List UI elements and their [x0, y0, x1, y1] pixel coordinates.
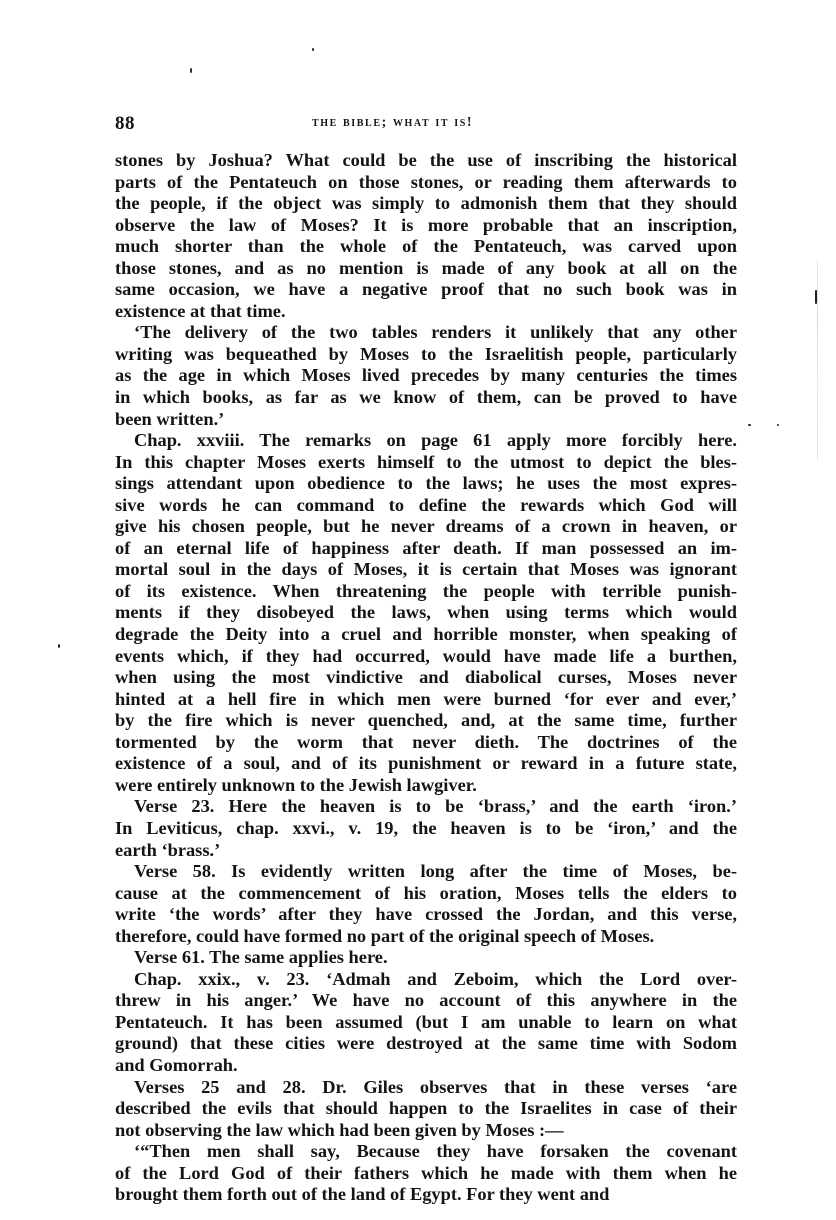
text-line: give his chosen people, but he never dre…	[115, 516, 737, 538]
text-line: when using the most vindictive and diabo…	[115, 667, 737, 689]
text-line: hinted at a hell fire in which men were …	[115, 689, 737, 711]
text-line: were entirely unknown to the Jewish lawg…	[115, 775, 737, 797]
text-line: existence of a soul, and of its punishme…	[115, 753, 737, 775]
text-line: In this chapter Moses exerts himself to …	[115, 452, 737, 474]
text-line: cause at the commencement of his oration…	[115, 883, 737, 905]
running-head: 88 THE BIBLE; WHAT IT IS!	[115, 113, 737, 137]
text-line: observe the law of Moses? It is more pro…	[115, 215, 737, 237]
scan-speck	[190, 68, 192, 73]
text-line: writing was bequeathed by Moses to the I…	[115, 344, 737, 366]
text-line: tormented by the worm that never dieth. …	[115, 732, 737, 754]
text-line: therefore, could have formed no part of …	[115, 926, 737, 948]
text-line: threw in his anger.’ We have no account …	[115, 990, 737, 1012]
text-line: mortal soul in the days of Moses, it is …	[115, 559, 737, 581]
text-line: of the Lord God of their fathers which h…	[115, 1163, 737, 1185]
paragraph: Verses 25 and 28. Dr. Giles observes tha…	[115, 1077, 737, 1142]
text-line: the people, if the object was simply to …	[115, 193, 737, 215]
text-line: Pentateuch. It has been assumed (but I a…	[115, 1012, 737, 1034]
text-line: been written.’	[115, 409, 737, 431]
paragraph: Verse 61. The same applies here.	[115, 947, 737, 969]
paragraph: Chap. xxviii. The remarks on page 61 app…	[115, 430, 737, 796]
paragraph: Verse 58. Is evidently written long afte…	[115, 861, 737, 947]
paragraph: ‘The delivery of the two tables renders …	[115, 322, 737, 430]
text-line: stones by Joshua? What could be the use …	[115, 150, 737, 172]
text-line: ground) that these cities were destroyed…	[115, 1033, 737, 1055]
running-title: THE BIBLE; WHAT IT IS!	[312, 115, 473, 131]
text-line: Verse 61. The same applies here.	[115, 947, 737, 969]
paragraph: stones by Joshua? What could be the use …	[115, 150, 737, 322]
text-line: much shorter than the whole of the Penta…	[115, 236, 737, 258]
text-line: same occasion, we have a negative proof …	[115, 279, 737, 301]
text-line: brought them forth out of the land of Eg…	[115, 1184, 737, 1206]
text-line: of an eternal life of happiness after de…	[115, 538, 737, 560]
text-line: those stones, and as no mention is made …	[115, 258, 737, 280]
text-line: as the age in which Moses lived precedes…	[115, 365, 737, 387]
scan-speck	[748, 424, 751, 426]
text-line: events which, if they had occurred, woul…	[115, 646, 737, 668]
text-line: Verse 58. Is evidently written long afte…	[115, 861, 737, 883]
text-line: described the evils that should happen t…	[115, 1098, 737, 1120]
text-line: of its existence. When threatening the p…	[115, 581, 737, 603]
scan-speck	[312, 48, 314, 51]
text-line: ‘The delivery of the two tables renders …	[115, 322, 737, 344]
text-line: in which books, as far as we know of the…	[115, 387, 737, 409]
body-text: stones by Joshua? What could be the use …	[115, 150, 737, 1206]
text-line: earth ‘brass.’	[115, 840, 737, 862]
text-line: ‘“Then men shall say, Because they have …	[115, 1141, 737, 1163]
text-line: parts of the Pentateuch on those stones,…	[115, 172, 737, 194]
text-line: write ‘the words’ after they have crosse…	[115, 904, 737, 926]
text-line: sings attendant upon obedience to the la…	[115, 473, 737, 495]
text-line: Verse 23. Here the heaven is to be ‘bras…	[115, 796, 737, 818]
text-line: not observing the law which had been giv…	[115, 1120, 737, 1142]
text-line: sive words he can command to define the …	[115, 495, 737, 517]
text-line: In Leviticus, chap. xxvi., v. 19, the he…	[115, 818, 737, 840]
page-number: 88	[115, 113, 135, 135]
book-page: 88 THE BIBLE; WHAT IT IS! stones by Josh…	[0, 0, 836, 1220]
paragraph: Verse 23. Here the heaven is to be ‘bras…	[115, 796, 737, 861]
text-line: Chap. xxviii. The remarks on page 61 app…	[115, 430, 737, 452]
paragraph: Chap. xxix., v. 23. ‘Admah and Zeboim, w…	[115, 969, 737, 1077]
text-line: and Gomorrah.	[115, 1055, 737, 1077]
text-line: by the fire which is never quenched, and…	[115, 710, 737, 732]
text-line: ments if they disobeyed the laws, when u…	[115, 602, 737, 624]
scan-speck	[777, 424, 779, 426]
text-line: Chap. xxix., v. 23. ‘Admah and Zeboim, w…	[115, 969, 737, 991]
paragraph: ‘“Then men shall say, Because they have …	[115, 1141, 737, 1206]
scan-speck	[58, 644, 60, 648]
text-line: Verses 25 and 28. Dr. Giles observes tha…	[115, 1077, 737, 1099]
text-line: degrade the Deity into a cruel and horri…	[115, 624, 737, 646]
text-line: existence at that time.	[115, 301, 737, 323]
page-edge-shadow	[817, 260, 818, 460]
